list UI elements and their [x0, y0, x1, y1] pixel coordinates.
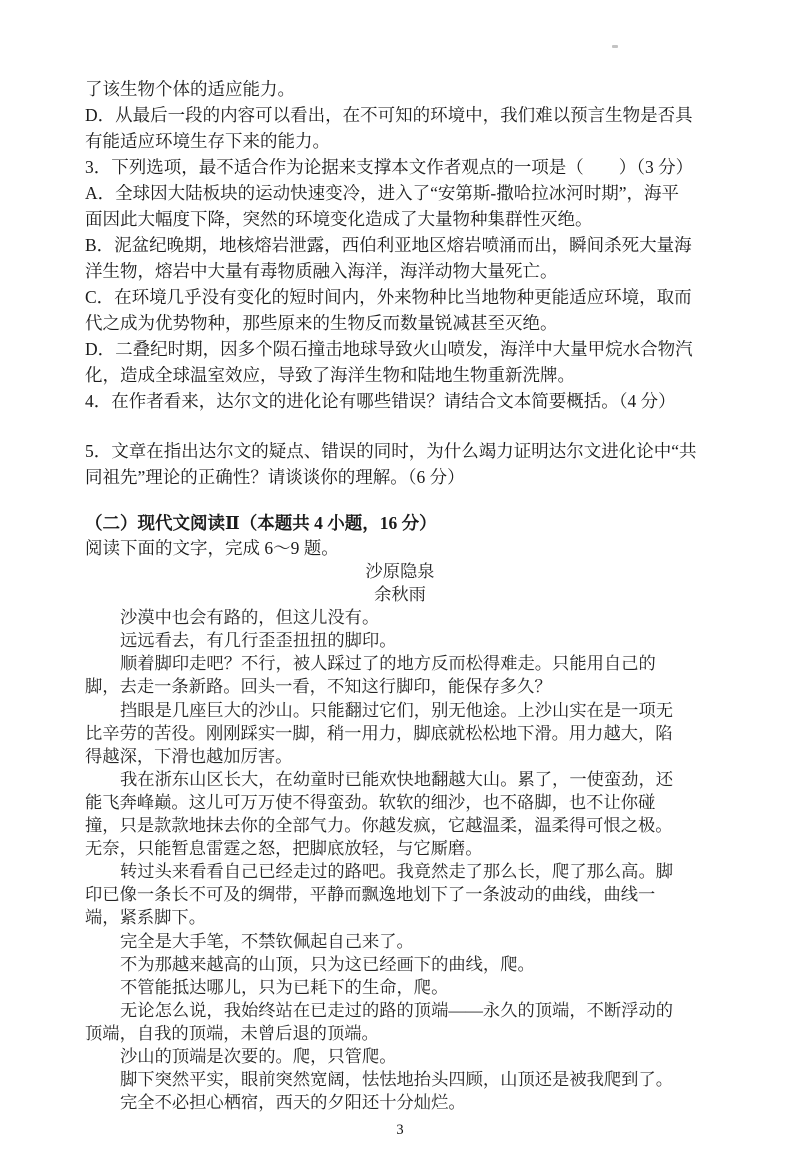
prose-line: 不管能抵达哪儿，只为已耗下的生命，爬。	[85, 976, 715, 999]
prose-line: 沙漠中也会有路的，但这儿没有。	[85, 606, 715, 629]
prose-line: 脚下突然平实，眼前突然宽阔，怯怯地抬头四顾，山顶还是被我爬到了。	[85, 1068, 715, 1091]
stray-mark	[612, 45, 618, 48]
essay: 沙原隐泉 余秋雨 沙漠中也会有路的，但这儿没有。 远远看去，有几行歪歪扭扭的脚印…	[85, 560, 715, 1114]
prose-line: 得越深，下滑也越加厉害。	[85, 745, 715, 768]
text-line: 有能适应环境生存下来的能力。	[85, 128, 715, 154]
blank-line	[85, 414, 715, 438]
text-line: 了该生物个体的适应能力。	[85, 76, 715, 102]
question-3: 3．下列选项，最不适合作为论据来支撑本文作者观点的一项是（ ）（3 分）	[85, 154, 715, 180]
prose-line: 完全是大手笔，不禁钦佩起自己来了。	[85, 930, 715, 953]
option-d: D．二叠纪时期，因多个陨石撞击地球导致火山喷发，海洋中大量甲烷水合物汽	[85, 336, 715, 362]
prose-line: 能飞奔峰巅。这儿可万万使不得蛮劲。软软的细沙，也不硌脚，也不让你碰	[85, 791, 715, 814]
prose-line: 转过头来看看自己已经走过的路吧。我竟然走了那么长，爬了那么高。脚	[85, 860, 715, 883]
question-5: 5．文章在指出达尔文的疑点、错误的同时，为什么竭力证明达尔文进化论中“共 同祖先…	[85, 438, 715, 490]
option-a: A．全球因大陆板块的运动快速变冷，进入了“安第斯-撒哈拉冰河时期”，海平	[85, 180, 715, 206]
essay-author: 余秋雨	[85, 583, 715, 606]
option-c: C．在环境几乎没有变化的短时间内，外来物种比当地物种更能适应环境，取而	[85, 284, 715, 310]
option-b: B．泥盆纪晚期，地核熔岩泄露，西伯利亚地区熔岩喷涌而出，瞬间杀死大量海	[85, 232, 715, 258]
prose-line: 无奈，只能暂息雷霆之怒，把脚底放轻，与它厮磨。	[85, 837, 715, 860]
section-2-heading: （二）现代文阅读Ⅱ（本题共 4 小题，16 分）	[85, 510, 715, 536]
option-b-cont: 洋生物，熔岩中大量有毒物质融入海洋，海洋动物大量死亡。	[85, 258, 715, 284]
prose-line: 不为那越来越高的山顶，只为这已经画下的曲线，爬。	[85, 953, 715, 976]
option-d-cont: 化，造成全球温室效应，导致了海洋生物和陆地生物重新洗牌。	[85, 362, 715, 388]
prose-line: 远远看去，有几行歪歪扭扭的脚印。	[85, 629, 715, 652]
prose-line: 端，紧系脚下。	[85, 906, 715, 929]
prose-line: 印已像一条长不可及的绸带，平静而飘逸地划下了一条波动的曲线，曲线一	[85, 883, 715, 906]
reading-instruction: 阅读下面的文字，完成 6～9 题。	[85, 536, 715, 560]
question-4: 4．在作者看来，达尔文的进化论有哪些错误？请结合文本简要概括。（4 分）	[85, 388, 715, 414]
option-a-cont: 面因此大幅度下降，突然的环境变化造成了大量物种集群性灭绝。	[85, 206, 715, 232]
text-line: D．从最后一段的内容可以看出，在不可知的环境中，我们难以预言生物是否具	[85, 102, 715, 128]
page-content: 了该生物个体的适应能力。 D．从最后一段的内容可以看出，在不可知的环境中，我们难…	[85, 76, 715, 1114]
prose-line: 无论怎么说，我始终站在已走过的路的顶端——永久的顶端，不断浮动的	[85, 999, 715, 1022]
prose-line: 挡眼是几座巨大的沙山。只能翻过它们，别无他途。上沙山实在是一项无	[85, 699, 715, 722]
reading1-questions: 了该生物个体的适应能力。 D．从最后一段的内容可以看出，在不可知的环境中，我们难…	[85, 76, 715, 414]
prose-line: 顶端，自我的顶端，未曾后退的顶端。	[85, 1022, 715, 1045]
prose-line: 沙山的顶端是次要的。爬，只管爬。	[85, 1045, 715, 1068]
prose-line: 脚，去走一条新路。回头一看，不知这行脚印，能保存多久？	[85, 675, 715, 698]
option-c-cont: 代之成为优势物种，那些原来的生物反而数量锐减甚至灭绝。	[85, 310, 715, 336]
prose-line: 撞，只是款款地抹去你的全部气力。你越发疯，它越温柔，温柔得可恨之极。	[85, 814, 715, 837]
prose-line: 完全不必担心栖宿，西天的夕阳还十分灿烂。	[85, 1091, 715, 1114]
prose-line: 我在浙东山区长大，在幼童时已能欢快地翻越大山。累了，一使蛮劲，还	[85, 768, 715, 791]
prose-line: 顺着脚印走吧？不行，被人踩过了的地方反而松得难走。只能用自己的	[85, 652, 715, 675]
question-5-line: 同祖先”理论的正确性？请谈谈你的理解。（6 分）	[85, 464, 715, 490]
prose-line: 比辛劳的苦役。刚刚踩实一脚，稍一用力，脚底就松松地下滑。用力越大，陷	[85, 722, 715, 745]
page-number: 3	[0, 1122, 800, 1139]
exam-paper-page: 了该生物个体的适应能力。 D．从最后一段的内容可以看出，在不可知的环境中，我们难…	[0, 0, 800, 1161]
question-5-line: 5．文章在指出达尔文的疑点、错误的同时，为什么竭力证明达尔文进化论中“共	[85, 438, 715, 464]
essay-title: 沙原隐泉	[85, 560, 715, 583]
